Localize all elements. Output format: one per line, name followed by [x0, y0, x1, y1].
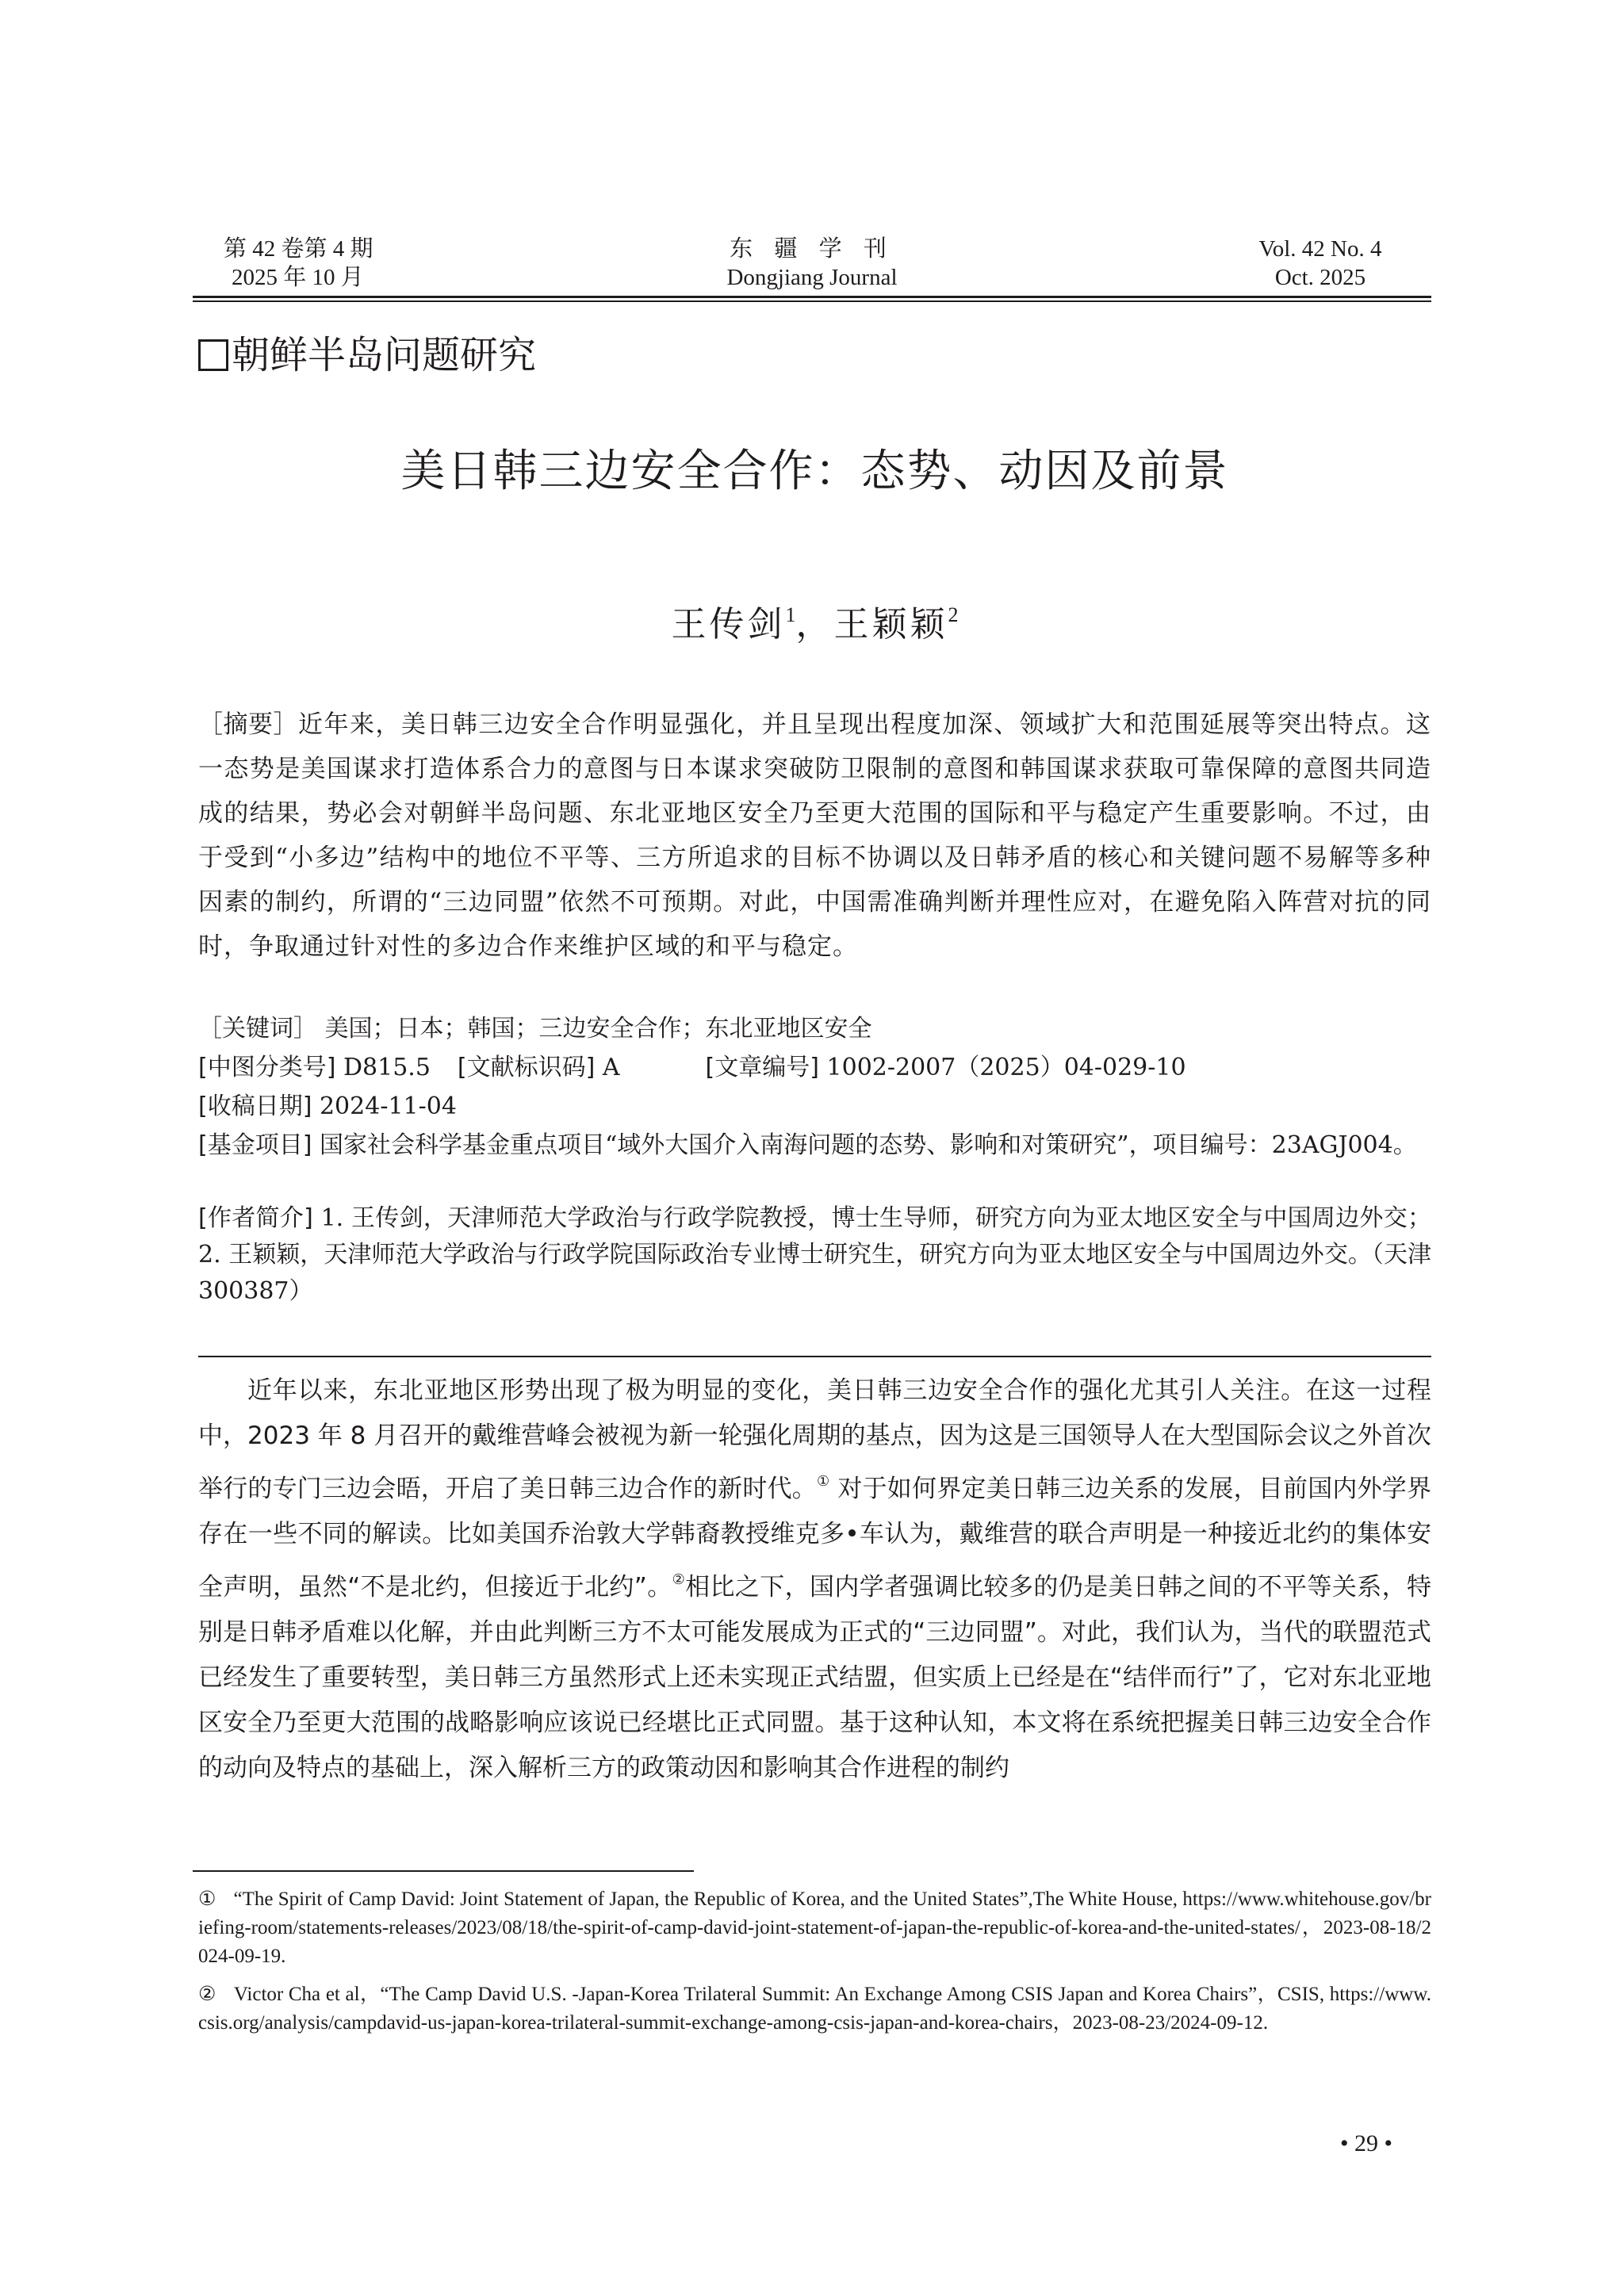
- footnote-ref-1[interactable]: ①: [817, 1473, 829, 1490]
- footnote-divider: [193, 1870, 694, 1872]
- doc-code-field: [文献标识码] A: [458, 1050, 620, 1086]
- header-date-cn: 2025 年 10 月: [224, 263, 398, 292]
- clc-field: [中图分类号] D815.5: [198, 1050, 431, 1086]
- received-label: [收稿日期]: [198, 1093, 312, 1120]
- article-title: 美日韩三边安全合作：态势、动因及前景: [198, 444, 1431, 499]
- clc-value: D815.5: [343, 1054, 431, 1081]
- author-bio-label: [作者简介]: [198, 1204, 313, 1232]
- doc-code-value: A: [603, 1054, 620, 1081]
- header-center: 东 疆 学 刊 Dongjiang Journal: [653, 235, 971, 292]
- footnote-mark: ①: [198, 1888, 216, 1910]
- footnotes: ①“The Spirit of Camp David: Joint Statem…: [198, 1885, 1431, 2047]
- abstract-divider: [198, 1356, 1431, 1357]
- author-name: 王颖颖: [834, 604, 948, 645]
- article-number-value: 1002-2007（2025）04-029-10: [827, 1054, 1186, 1081]
- footnote-text: “The Spirit of Camp David: Joint Stateme…: [198, 1888, 1431, 1967]
- section-title-text: 朝鲜半岛问题研究: [232, 331, 536, 379]
- received-date: [收稿日期] 2024-11-04: [198, 1089, 1431, 1125]
- body-text: 近年以来，东北亚地区形势出现了极为明显的变化，美日韩三边安全合作的强化尤其引人关…: [198, 1368, 1431, 1791]
- author-affiliation-mark: 2: [948, 603, 959, 626]
- doc-code-label: [文献标识码]: [458, 1054, 595, 1081]
- footnote-text: Victor Cha et al，“The Camp David U.S. -J…: [198, 1984, 1431, 2034]
- abstract-label: ［摘要］: [198, 710, 298, 739]
- article-number-label: [文章编号]: [706, 1054, 819, 1081]
- header-volume-issue-en: Vol. 42 No. 4: [1221, 235, 1419, 263]
- journal-name-en: Dongjiang Journal: [653, 263, 971, 292]
- author-bio: [作者简介] 1. 王传剑，天津师范大学政治与行政学院教授，博士生导师，研究方向…: [198, 1200, 1431, 1310]
- abstract-text: 近年来，美日韩三边安全合作明显强化，并且呈现出程度加深、领域扩大和范围延展等突出…: [198, 710, 1431, 961]
- section-heading: 朝鲜半岛问题研究: [198, 331, 536, 379]
- journal-name-cn: 东 疆 学 刊: [653, 235, 971, 263]
- keywords-label: ［关键词］: [198, 1015, 317, 1043]
- author-affiliation-mark: 1: [786, 603, 796, 626]
- funding: [基金项目] 国家社会科学基金重点项目“域外大国介入南海问题的态势、影响和对策研…: [198, 1127, 1431, 1164]
- header-right: Vol. 42 No. 4 Oct. 2025: [1221, 235, 1419, 292]
- author-line: 王传剑1，王颖颖2: [198, 593, 1431, 647]
- checkbox-square-icon: [198, 339, 228, 371]
- received-value: 2024-11-04: [320, 1093, 457, 1120]
- header-rule-thin: [193, 300, 1431, 302]
- article-number-field: [文章编号] 1002-2007（2025）04-029-10: [706, 1050, 1186, 1086]
- funding-label: [基金项目]: [198, 1131, 312, 1159]
- header-left: 第 42 卷第 4 期 2025 年 10 月: [224, 235, 398, 292]
- header-rule-thick: [193, 296, 1431, 298]
- funding-text: 国家社会科学基金重点项目“域外大国介入南海问题的态势、影响和对策研究”，项目编号…: [320, 1131, 1417, 1159]
- author-separator: ，: [796, 604, 834, 645]
- body-text-part: 相比之下，国内学者强调比较多的仍是美日韩之间的不平等关系，特别是日韩矛盾难以化解…: [198, 1573, 1431, 1782]
- footnote-item: ①“The Spirit of Camp David: Joint Statem…: [198, 1885, 1431, 1971]
- page-number: • 29 •: [1340, 2128, 1392, 2160]
- keywords-text: 美国；日本；韩国；三边安全合作；东北亚地区安全: [325, 1015, 872, 1043]
- header-date-en: Oct. 2025: [1221, 263, 1419, 292]
- abstract: ［摘要］近年来，美日韩三边安全合作明显强化，并且呈现出程度加深、领域扩大和范围延…: [198, 702, 1431, 969]
- author-name: 王传剑: [672, 604, 786, 645]
- author-bio-text: 1. 王传剑，天津师范大学政治与行政学院教授，博士生导师，研究方向为亚太地区安全…: [198, 1204, 1431, 1305]
- clc-label: [中图分类号]: [198, 1054, 335, 1081]
- footnote-ref-2[interactable]: ②: [672, 1571, 686, 1588]
- header-volume-issue-cn: 第 42 卷第 4 期: [224, 235, 398, 263]
- footnote-item: ②Victor Cha et al，“The Camp David U.S. -…: [198, 1980, 1431, 2038]
- footnote-mark: ②: [198, 1984, 216, 2005]
- keywords: ［关键词］ 美国；日本；韩国；三边安全合作；东北亚地区安全: [198, 1011, 1431, 1047]
- body-paragraph: 近年以来，东北亚地区形势出现了极为明显的变化，美日韩三边安全合作的强化尤其引人关…: [198, 1368, 1431, 1791]
- classification-line: [中图分类号] D815.5 [文献标识码] A [文章编号] 1002-200…: [198, 1050, 1431, 1086]
